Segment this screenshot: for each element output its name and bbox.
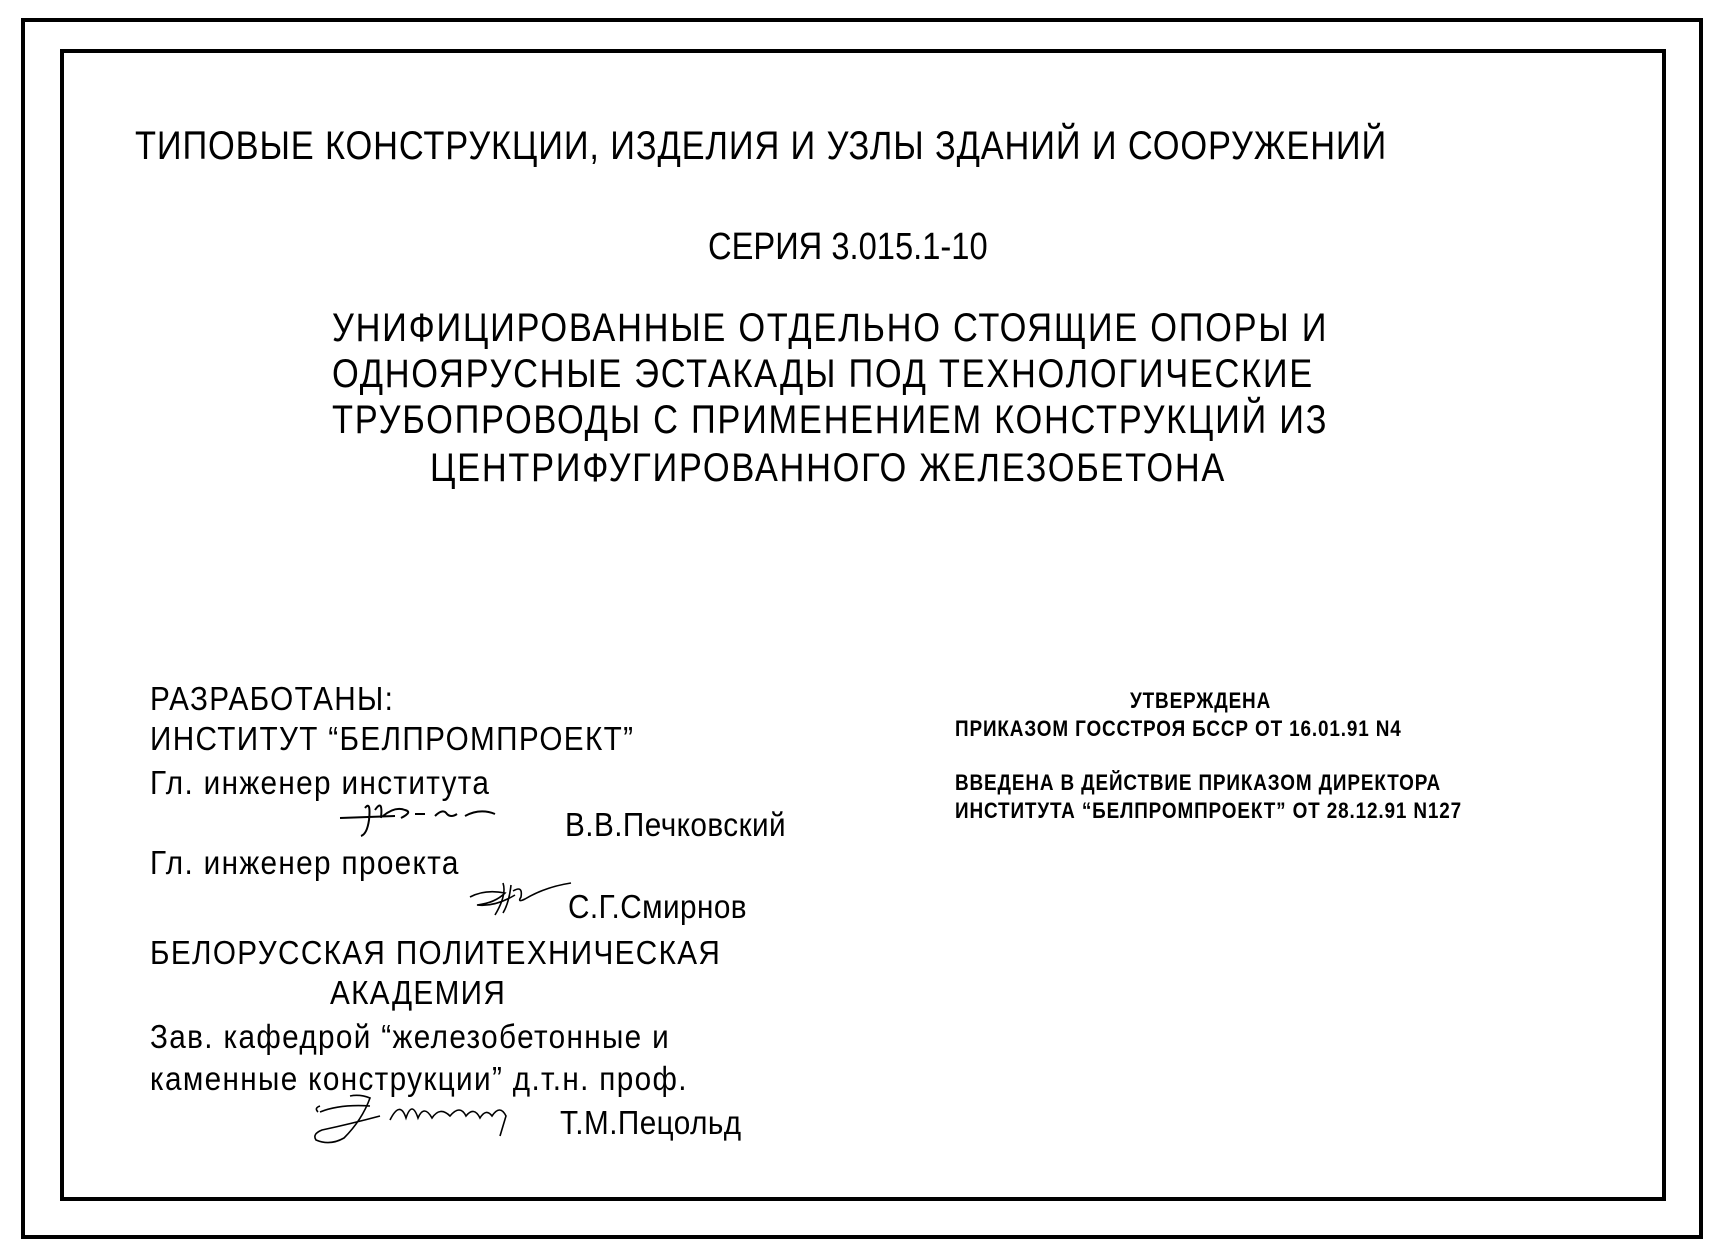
effective-line-1: ВВЕДЕНА В ДЕЙСТВИЕ ПРИКАЗОМ ДИРЕКТОРА — [955, 770, 1441, 796]
subtitle-line-1: УНИФИЦИРОВАННЫЕ ОТДЕЛЬНО СТОЯЩИЕ ОПОРЫ И — [332, 306, 1328, 351]
signature-smirnov-icon — [465, 875, 575, 920]
signature-pechkovsky-icon — [335, 790, 535, 840]
developer-institute: ИНСТИТУТ “БЕЛПРОМПРОЕКТ” — [150, 720, 634, 758]
organization-line-2: АКАДЕМИЯ — [330, 974, 506, 1012]
approved-label: УТВЕРЖДЕНА — [1130, 688, 1271, 714]
effective-line-2: ИНСТИТУТА “БЕЛПРОМПРОЕКТ” ОТ 28.12.91 N1… — [955, 798, 1462, 824]
signatory-name-1: В.В.Печковский — [565, 806, 786, 844]
chair-name: Т.М.Пецольд — [560, 1104, 742, 1142]
signatory-name-2: С.Г.Смирнов — [568, 888, 747, 926]
approved-order: ПРИКАЗОМ ГОССТРОЯ БССР ОТ 16.01.91 N4 — [955, 716, 1402, 742]
subtitle-line-3: ТРУБОПРОВОДЫ С ПРИМЕНЕНИЕМ КОНСТРУКЦИЙ И… — [332, 398, 1328, 443]
subtitle-line-2: ОДНОЯРУСНЫЕ ЭСТАКАДЫ ПОД ТЕХНОЛОГИЧЕСКИЕ — [332, 352, 1314, 397]
developed-by-label: РАЗРАБОТАНЫ: — [150, 680, 394, 718]
signatory-role-2: Гл. инженер проекта — [150, 844, 460, 882]
document-title: ТИПОВЫЕ КОНСТРУКЦИИ, ИЗДЕЛИЯ И УЗЛЫ ЗДАН… — [135, 124, 1387, 169]
chair-line-1: Зав. кафедрой “железобетонные и — [150, 1018, 670, 1056]
organization-line-1: БЕЛОРУССКАЯ ПОЛИТЕХНИЧЕСКАЯ — [150, 934, 721, 972]
series-number: СЕРИЯ 3.015.1-10 — [708, 226, 988, 269]
subtitle-line-4: ЦЕНТРИФУГИРОВАННОГО ЖЕЛЕЗОБЕТОНА — [430, 446, 1226, 491]
signature-petsold-icon — [310, 1090, 570, 1150]
